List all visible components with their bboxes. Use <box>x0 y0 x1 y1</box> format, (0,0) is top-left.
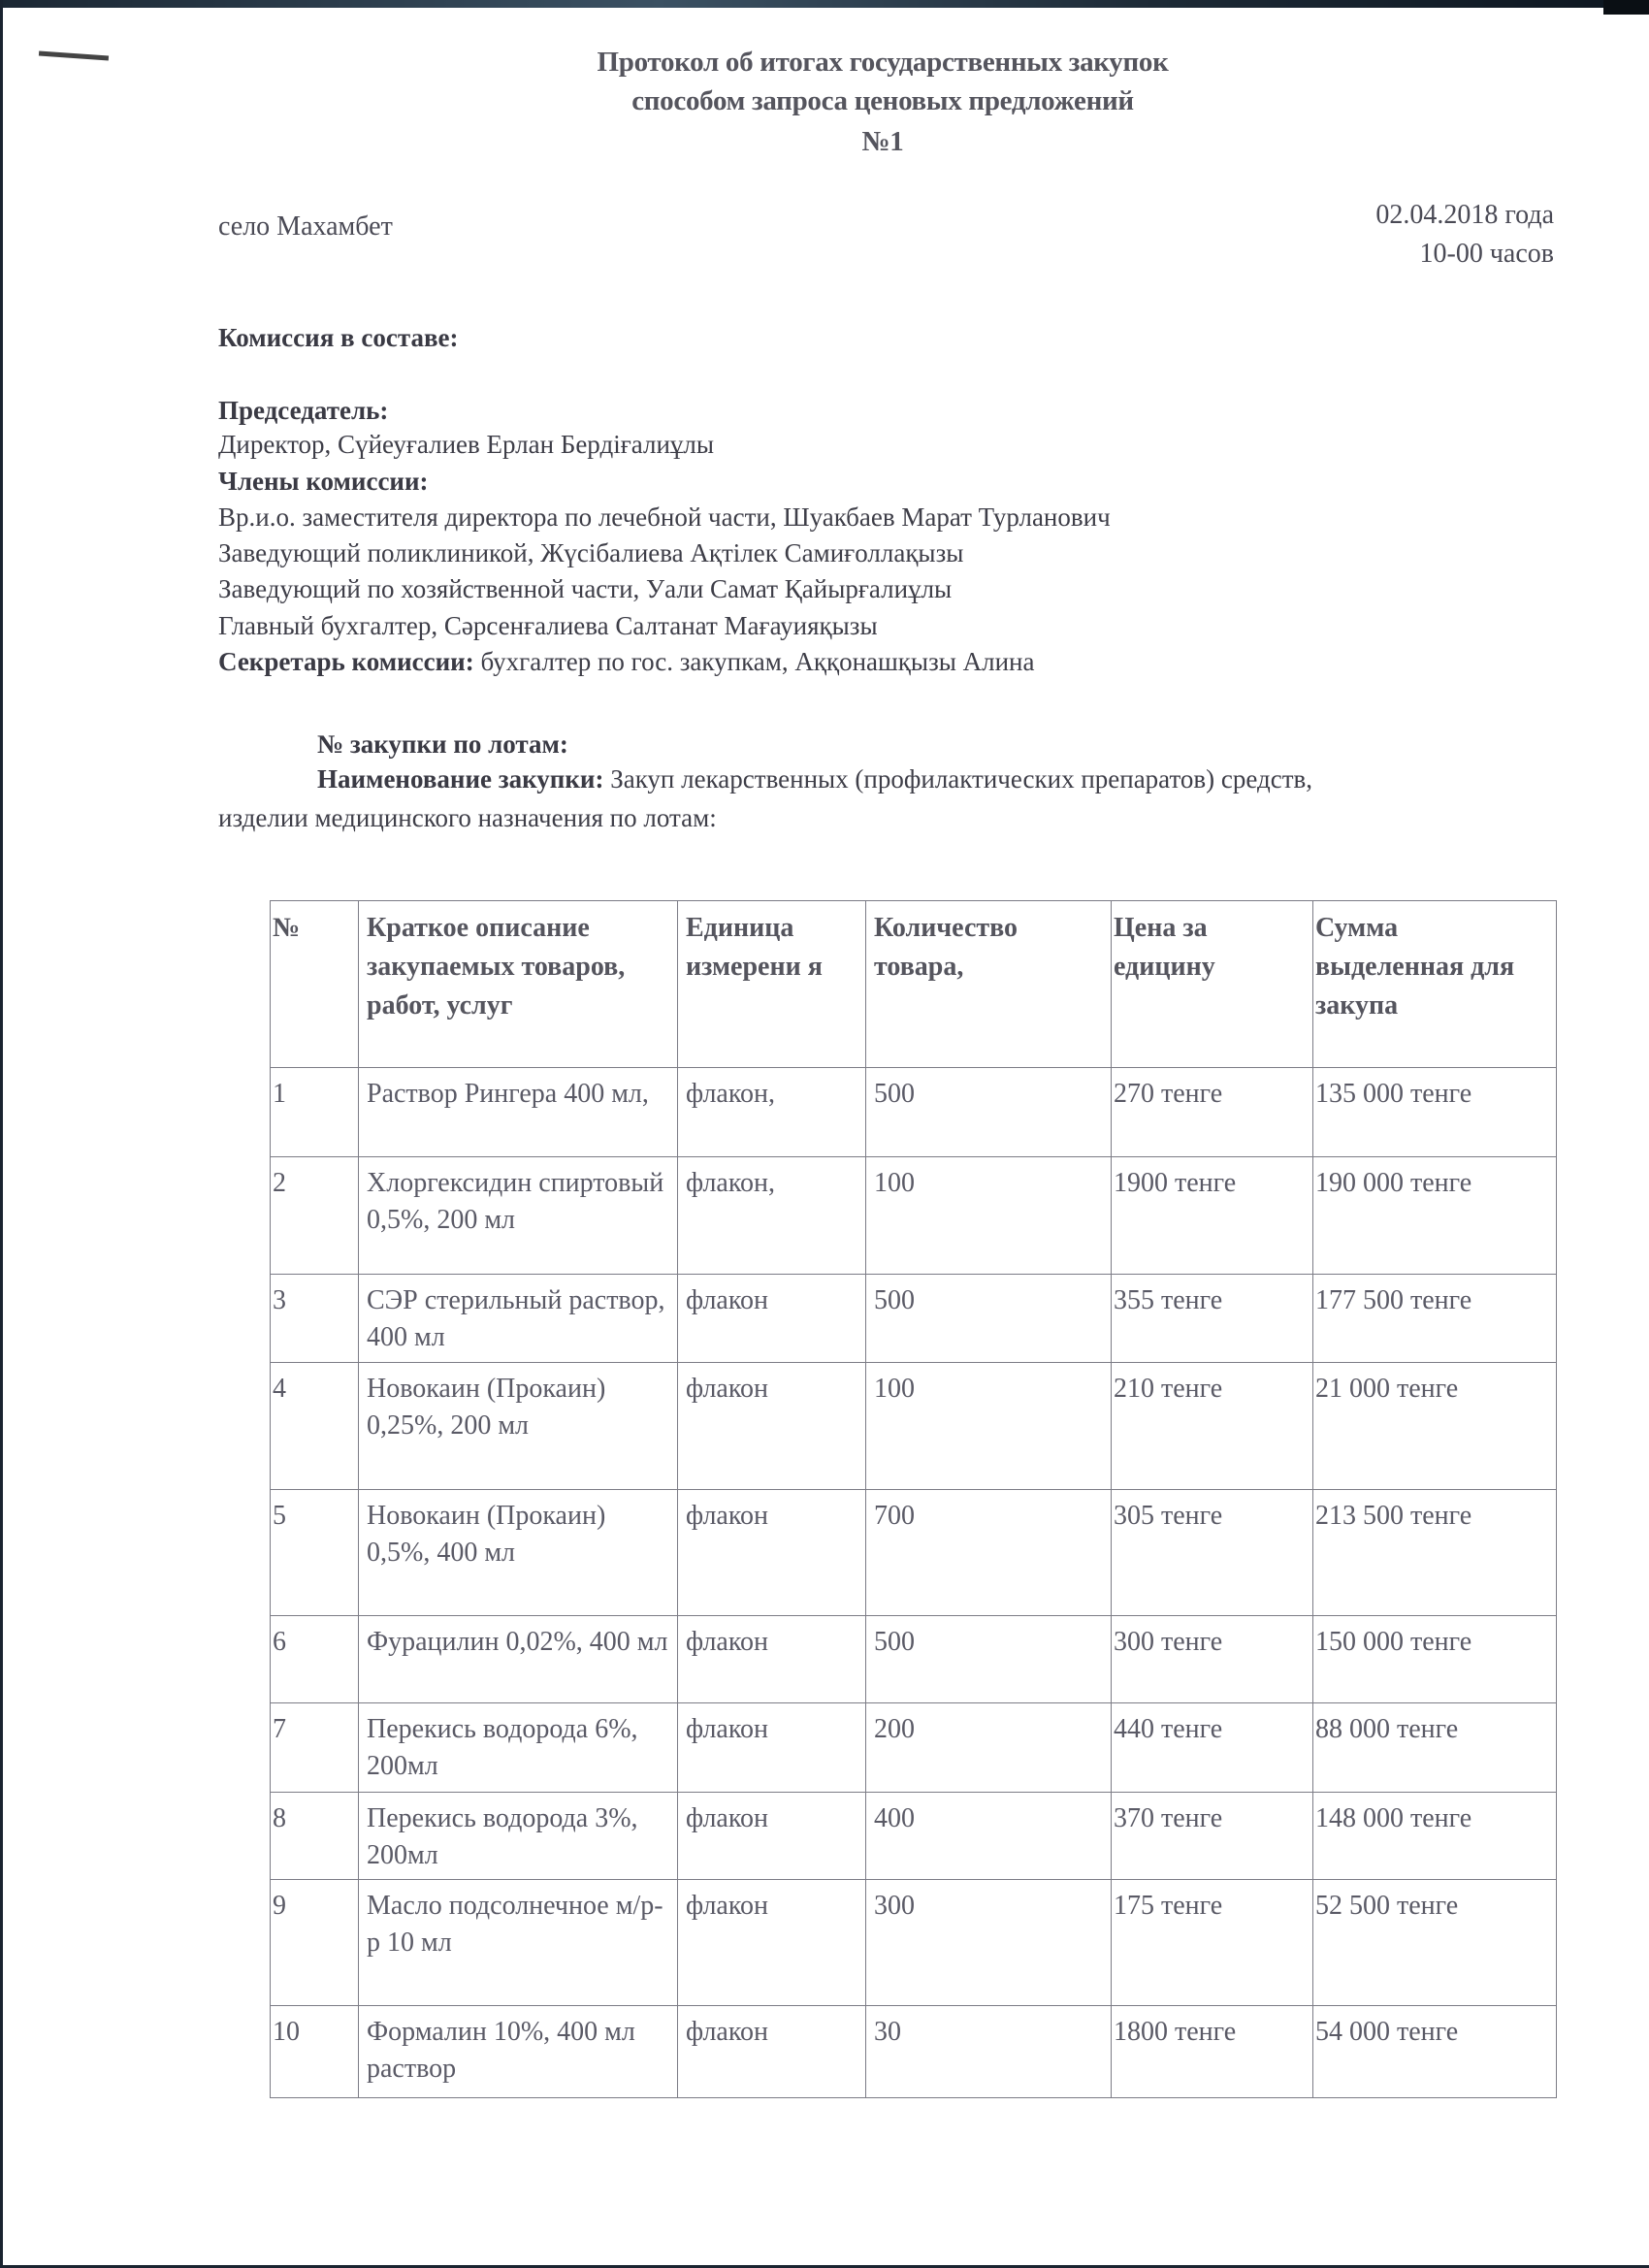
document-title-line-1: Протокол об итогах государственных закуп… <box>0 47 1649 79</box>
place: село Махамбет <box>218 211 393 243</box>
table-row: 6Фурацилин 0,02%, 400 млфлакон500300 тен… <box>271 1616 1557 1703</box>
cell-total-amount: 54 000 тенге <box>1313 2006 1557 2098</box>
cell-description: Перекись водорода 3%, 200мл <box>359 1793 678 1880</box>
header-total-amount: Сумма выделенная для закупа <box>1313 901 1557 1068</box>
cell-total-amount: 177 500 тенге <box>1313 1275 1557 1363</box>
cell-unit-price: 440 тенге <box>1112 1703 1313 1793</box>
table-row: 4Новокаин (Прокаин) 0,25%, 200 млфлакон1… <box>271 1363 1557 1490</box>
cell-quantity: 500 <box>866 1068 1112 1157</box>
cell-number: 8 <box>271 1793 359 1880</box>
header-number: № <box>271 901 359 1068</box>
purchase-name: Закуп лекарственных (профилактических пр… <box>603 764 1312 794</box>
secretary: бухгалтер по гос. закупкам, Аққонашқызы … <box>474 647 1035 676</box>
cell-total-amount: 135 000 тенге <box>1313 1068 1557 1157</box>
cell-unit: флакон <box>678 1880 866 2006</box>
cell-description: Формалин 10%, 400 мл раствор <box>359 2006 678 2098</box>
purchase-name-line: Наименование закупки: Закуп лекарственны… <box>317 764 1312 794</box>
chairman-label: Председатель: <box>218 396 388 426</box>
cell-quantity: 300 <box>866 1880 1112 2006</box>
cell-description: Масло подсолнечное м/р-р 10 мл <box>359 1880 678 2006</box>
cell-number: 9 <box>271 1880 359 2006</box>
cell-description: Новокаин (Прокаин) 0,25%, 200 мл <box>359 1363 678 1490</box>
members-label: Члены комиссии: <box>218 467 429 497</box>
cell-description: СЭР стерильный раствор, 400 мл <box>359 1275 678 1363</box>
cell-quantity: 500 <box>866 1616 1112 1703</box>
table-row: 5Новокаин (Прокаин) 0,5%, 400 млфлакон70… <box>271 1490 1557 1616</box>
date: 02.04.2018 года <box>1375 196 1554 235</box>
purchase-name-label: Наименование закупки: <box>317 764 603 794</box>
table-row: 10Формалин 10%, 400 мл растворфлакон3018… <box>271 2006 1557 2098</box>
cell-unit: флакон <box>678 1616 866 1703</box>
table-row: 7Перекись водорода 6%, 200млфлакон200440… <box>271 1703 1557 1793</box>
document-title-line-2: способом запроса ценовых предложений <box>0 85 1649 117</box>
table-row: 2Хлоргексидин спиртовый 0,5%, 200 млфлак… <box>271 1157 1557 1275</box>
cell-number: 6 <box>271 1616 359 1703</box>
cell-description: Раствор Рингера 400 мл, <box>359 1068 678 1157</box>
cell-unit: флакон <box>678 1363 866 1490</box>
cell-unit: флакон <box>678 1793 866 1880</box>
header-unit-price: Цена за едицину <box>1112 901 1313 1068</box>
cell-total-amount: 150 000 тенге <box>1313 1616 1557 1703</box>
cell-total-amount: 190 000 тенге <box>1313 1157 1557 1275</box>
cell-number: 3 <box>271 1275 359 1363</box>
member-4: Главный бухгалтер, Сәрсенғалиева Салтана… <box>218 611 878 641</box>
cell-quantity: 400 <box>866 1793 1112 1880</box>
lots-number-label: № закупки по лотам: <box>317 729 568 760</box>
cell-number: 2 <box>271 1157 359 1275</box>
time: 10-00 часов <box>1375 235 1554 274</box>
cell-number: 7 <box>271 1703 359 1793</box>
member-3: Заведующий по хозяйственной части, Уали … <box>218 574 952 604</box>
cell-unit: флакон <box>678 1275 866 1363</box>
cell-unit-price: 300 тенге <box>1112 1616 1313 1703</box>
secretary-line: Секретарь комиссии: бухгалтер по гос. за… <box>218 647 1034 677</box>
cell-unit: флакон <box>678 1490 866 1616</box>
lots-table: № Краткое описание закупаемых товаров, р… <box>270 900 1557 2098</box>
cell-quantity: 700 <box>866 1490 1112 1616</box>
member-2: Заведующий поликлиникой, Жүсібалиева Ақт… <box>218 538 963 568</box>
cell-number: 10 <box>271 2006 359 2098</box>
chairman: Директор, Сүйеуғалиев Ерлан Бердіғалиұлы <box>218 430 714 460</box>
cell-total-amount: 21 000 тенге <box>1313 1363 1557 1490</box>
scan-edge-top <box>0 0 1649 8</box>
cell-total-amount: 52 500 тенге <box>1313 1880 1557 2006</box>
secretary-label: Секретарь комиссии: <box>218 647 474 676</box>
cell-total-amount: 148 000 тенге <box>1313 1793 1557 1880</box>
header-quantity: Количество товара, <box>866 901 1112 1068</box>
cell-unit-price: 370 тенге <box>1112 1793 1313 1880</box>
scan-edge-left <box>0 0 3 2268</box>
cell-total-amount: 88 000 тенге <box>1313 1703 1557 1793</box>
cell-quantity: 100 <box>866 1363 1112 1490</box>
purchase-name-continued: изделии медицинского назначения по лотам… <box>218 803 717 833</box>
cell-quantity: 500 <box>866 1275 1112 1363</box>
cell-description: Фурацилин 0,02%, 400 мл <box>359 1616 678 1703</box>
header-description: Краткое описание закупаемых товаров, раб… <box>359 901 678 1068</box>
cell-unit-price: 305 тенге <box>1112 1490 1313 1616</box>
cell-unit-price: 210 тенге <box>1112 1363 1313 1490</box>
table-header-row: № Краткое описание закупаемых товаров, р… <box>271 901 1557 1068</box>
cell-description: Перекись водорода 6%, 200мл <box>359 1703 678 1793</box>
cell-unit: флакон, <box>678 1068 866 1157</box>
cell-unit-price: 355 тенге <box>1112 1275 1313 1363</box>
cell-unit-price: 175 тенге <box>1112 1880 1313 2006</box>
document-number: №1 <box>0 126 1649 158</box>
cell-unit: флакон, <box>678 1157 866 1275</box>
cell-description: Новокаин (Прокаин) 0,5%, 400 мл <box>359 1490 678 1616</box>
scan-edge-corner <box>1603 0 1649 15</box>
table-row: 9Масло подсолнечное м/р-р 10 млфлакон300… <box>271 1880 1557 2006</box>
cell-unit-price: 270 тенге <box>1112 1068 1313 1157</box>
member-1: Вр.и.о. заместителя директора по лечебно… <box>218 502 1111 533</box>
cell-number: 1 <box>271 1068 359 1157</box>
cell-unit-price: 1900 тенге <box>1112 1157 1313 1275</box>
cell-number: 4 <box>271 1363 359 1490</box>
date-time-block: 02.04.2018 года 10-00 часов <box>1375 196 1554 274</box>
cell-number: 5 <box>271 1490 359 1616</box>
cell-quantity: 30 <box>866 2006 1112 2098</box>
cell-quantity: 200 <box>866 1703 1112 1793</box>
cell-unit: флакон <box>678 1703 866 1793</box>
cell-total-amount: 213 500 тенге <box>1313 1490 1557 1616</box>
cell-description: Хлоргексидин спиртовый 0,5%, 200 мл <box>359 1157 678 1275</box>
header-unit: Единица измерени я <box>678 901 866 1068</box>
table-body: 1Раствор Рингера 400 мл,флакон,500270 те… <box>271 1068 1557 2098</box>
commission-heading: Комиссия в составе: <box>218 323 459 353</box>
cell-quantity: 100 <box>866 1157 1112 1275</box>
cell-unit: флакон <box>678 2006 866 2098</box>
table-row: 3СЭР стерильный раствор, 400 млфлакон500… <box>271 1275 1557 1363</box>
cell-unit-price: 1800 тенге <box>1112 2006 1313 2098</box>
table-row: 8Перекись водорода 3%, 200млфлакон400370… <box>271 1793 1557 1880</box>
table-row: 1Раствор Рингера 400 мл,флакон,500270 те… <box>271 1068 1557 1157</box>
